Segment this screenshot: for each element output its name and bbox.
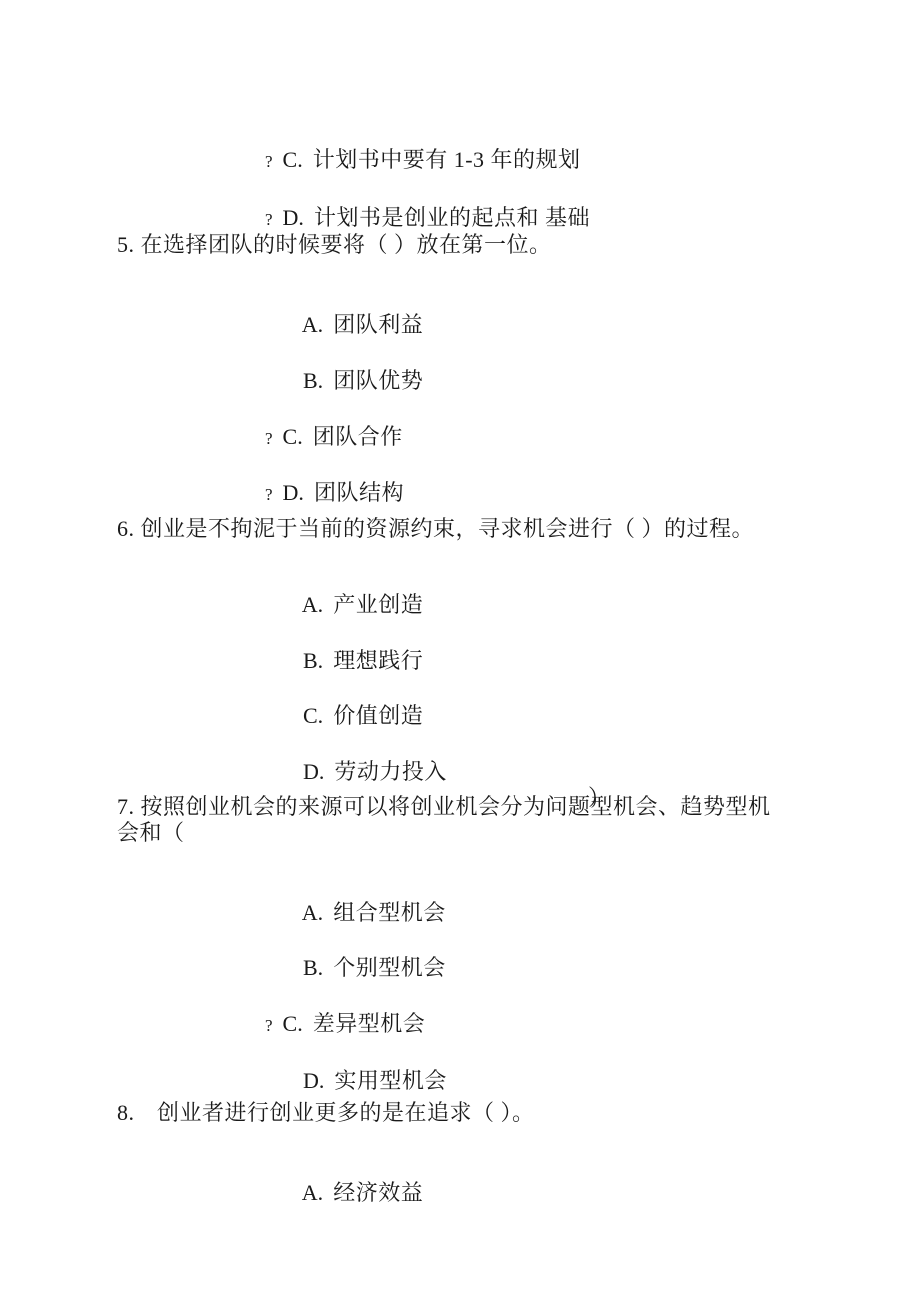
option-text: 团队利益 <box>333 312 423 337</box>
question-mark: ? <box>265 1016 273 1035</box>
question-6-stem: 6. 创业是不拘泥于当前的资源约束，寻求机会进行（ ）的过程。 <box>117 517 754 541</box>
question-7-stem-line2: 会和（ <box>117 821 185 845</box>
question-7-stray-paren: ） <box>588 786 610 810</box>
option-text: 理想践行 <box>333 648 423 673</box>
option-letter: A. <box>302 592 323 617</box>
option-text: 价值创造 <box>333 703 423 728</box>
option-text: 差异型机会 <box>313 1011 426 1036</box>
question-mark: ? <box>265 210 273 229</box>
question-7-stem-line1: 7. 按照创业机会的来源可以将创业机会分为问题型机会、趋势型机 <box>117 795 771 819</box>
option-letter: C. <box>303 703 323 728</box>
option-letter: A. <box>302 1180 323 1205</box>
option-letter: B. <box>303 648 323 673</box>
option-letter: B. <box>303 368 323 393</box>
question-8-stem: 8. 创业者进行创业更多的是在追求（ ）。 <box>117 1101 535 1125</box>
option-text: 产业创造 <box>333 592 423 617</box>
option-letter: D. <box>303 759 324 784</box>
option-text: 个别型机会 <box>333 955 446 980</box>
option-text: 团队结构 <box>314 480 404 505</box>
option-text: 实用型机会 <box>334 1068 447 1093</box>
option-text: 计划书中要有 1-3 年的规划 <box>313 147 581 172</box>
option-letter: C. <box>283 147 303 172</box>
document-page: ?C.计划书中要有 1-3 年的规划 ?D.计划书是创业的起点和 基础 5. 在… <box>0 0 920 1303</box>
option-text: 经济效益 <box>333 1180 423 1205</box>
option-letter: D. <box>283 205 304 230</box>
question-8-option-a: A.经济效益 <box>281 1157 423 1231</box>
option-text: 劳动力投入 <box>334 759 447 784</box>
option-letter: C. <box>283 424 303 449</box>
option-letter: D. <box>303 1068 324 1093</box>
option-letter: B. <box>303 955 323 980</box>
option-text: 计划书是创业的起点和 基础 <box>314 205 590 230</box>
question-mark: ? <box>265 429 273 448</box>
option-letter: A. <box>302 900 323 925</box>
option-letter: A. <box>302 312 323 337</box>
question-mark: ? <box>265 485 273 504</box>
option-text: 团队合作 <box>313 424 403 449</box>
option-letter: C. <box>283 1011 303 1036</box>
option-letter: D. <box>283 480 304 505</box>
option-text: 团队优势 <box>333 368 423 393</box>
option-text: 组合型机会 <box>333 900 446 925</box>
question-mark: ? <box>265 152 273 171</box>
question-5-stem: 5. 在选择团队的时候要将（ ）放在第一位。 <box>117 233 552 257</box>
